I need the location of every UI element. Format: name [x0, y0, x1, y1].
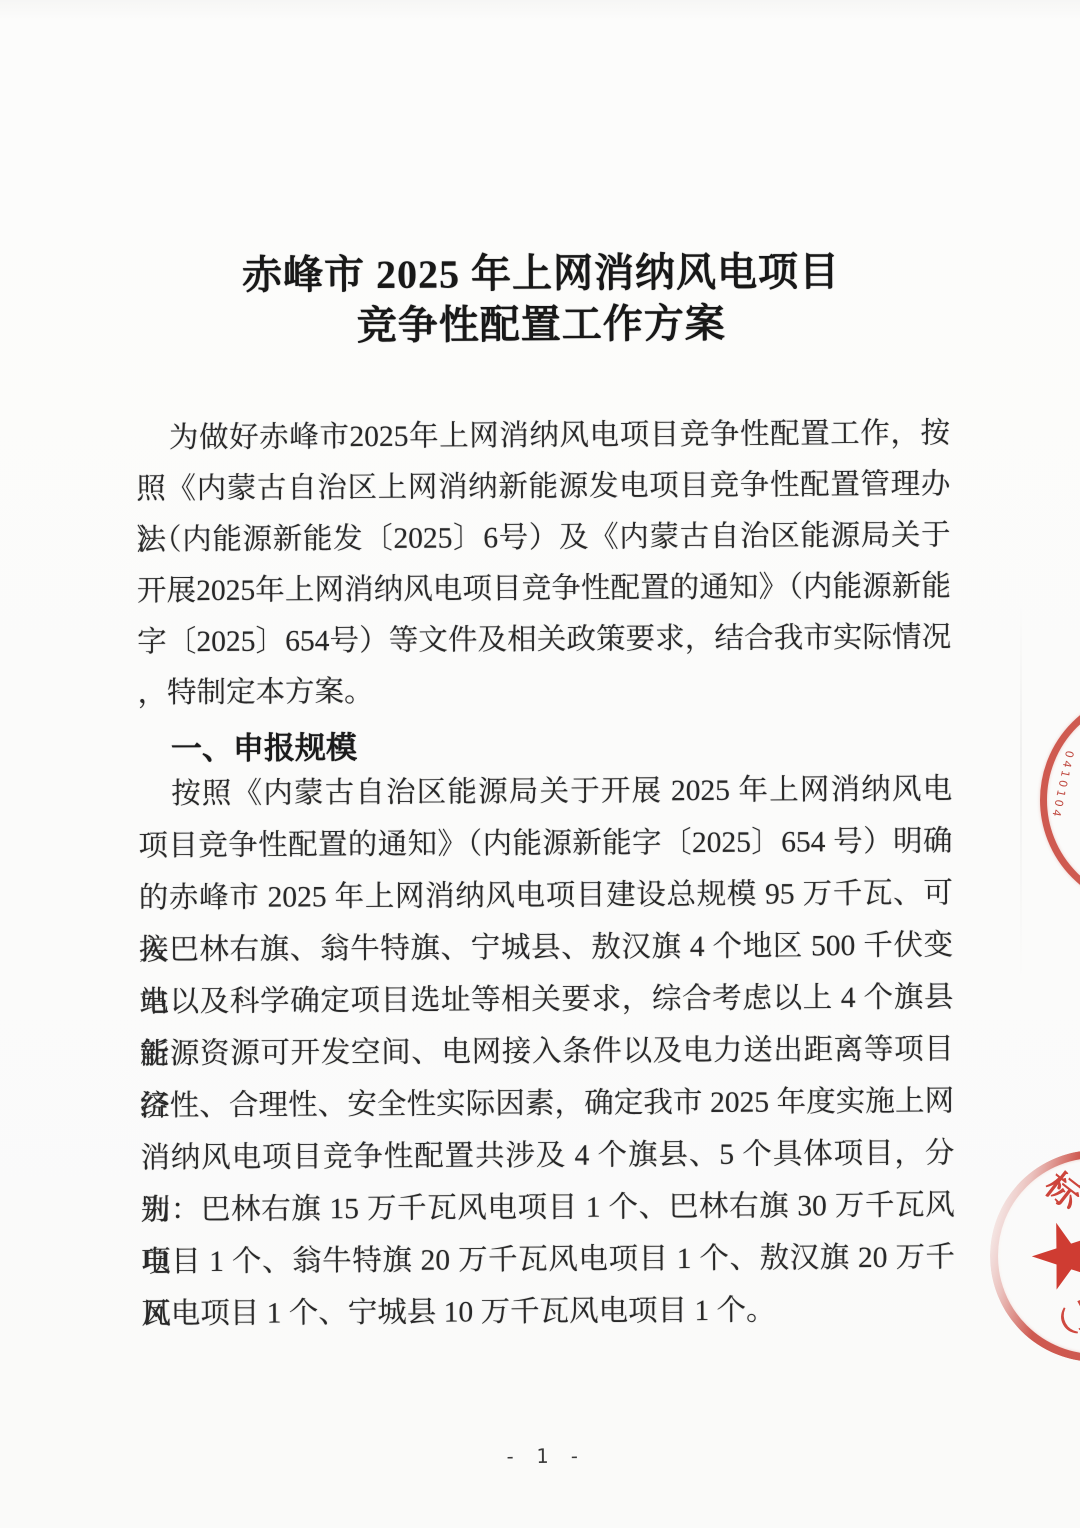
body-line: 站以及科学确定项目选址等相关要求，综合考虑以上 4 个旗县新 [139, 971, 953, 1028]
body-line: 风电项目 1 个、宁城县 10 万千瓦风电项目 1 个。 [141, 1283, 955, 1340]
body-line: 为：巴林右旗 15 万千瓦风电项目 1 个、巴林右旗 30 万千瓦风电 [141, 1179, 955, 1236]
body-line: 开展2025年上网消纳风电项目竞争性配置的通知》（内能源新能 [137, 561, 951, 617]
body-line: 为做好赤峰市2025年上网消纳风电项目竞争性配置工作，按 [136, 408, 950, 464]
body-line: 的赤峰市 2025 年上网消纳风电项目建设总规模 95 万千瓦、可接 [139, 867, 953, 924]
body-line: 照《内蒙古自治区上网消纳新能源发电项目竞争性配置管理办法 [136, 459, 950, 515]
body-line: 项目竞争性配置的通知》（内能源新能字〔2025〕654 号）明确 [138, 815, 952, 872]
body-line: 入巴林右旗、翁牛特旗、宁城县、敖汉旗 4 个地区 500 千伏变电 [139, 919, 953, 976]
body-line: 》（内能源新能发〔2025〕6号）及《内蒙古自治区能源局关于 [136, 510, 950, 566]
body-line: 能源资源可开发空间、电网接入条件以及电力送出距离等项目经 [140, 1023, 954, 1080]
body-line: 字〔2025〕654号）等文件及相关政策要求，结合我市实际情况 [137, 612, 951, 668]
title-line-2: 竞争性配置工作方案 [135, 297, 947, 353]
body-line: 项目 1 个、翁牛特旗 20 万千瓦风电项目 1 个、敖汉旗 20 万千瓦 [141, 1231, 955, 1288]
document-content: 赤峰市 2025 年上网消纳风电项目 竞争性配置工作方案 为做好赤峰市2025年… [0, 0, 1080, 1528]
body-line: ，特制定本方案。 [137, 663, 951, 719]
paragraph-intro: 为做好赤峰市2025年上网消纳风电项目竞争性配置工作，按 照《内蒙古自治区上网消… [136, 408, 952, 719]
paragraph-scale-detail: 按照《内蒙古自治区能源局关于开展 2025 年上网消纳风电 项目竞争性配置的通知… [138, 763, 955, 1340]
body-line: 按照《内蒙古自治区能源局关于开展 2025 年上网消纳风电 [138, 763, 952, 820]
scan-crease [1020, 600, 1022, 980]
title-line-1: 赤峰市 2025 年上网消纳风电项目 [135, 246, 947, 302]
document-page: 赤峰市 2025 年上网消纳风电项目 竞争性配置工作方案 为做好赤峰市2025年… [0, 0, 1080, 1528]
body-line: 济性、合理性、安全性实际因素，确定我市 2025 年度实施上网 [140, 1075, 954, 1132]
body-line: 消纳风电项目竞争性配置共涉及 4 个旗县、5 个具体项目，分别 [140, 1127, 954, 1184]
document-title: 赤峰市 2025 年上网消纳风电项目 竞争性配置工作方案 [135, 246, 948, 353]
page-number: - 1 - [4, 1441, 1080, 1472]
